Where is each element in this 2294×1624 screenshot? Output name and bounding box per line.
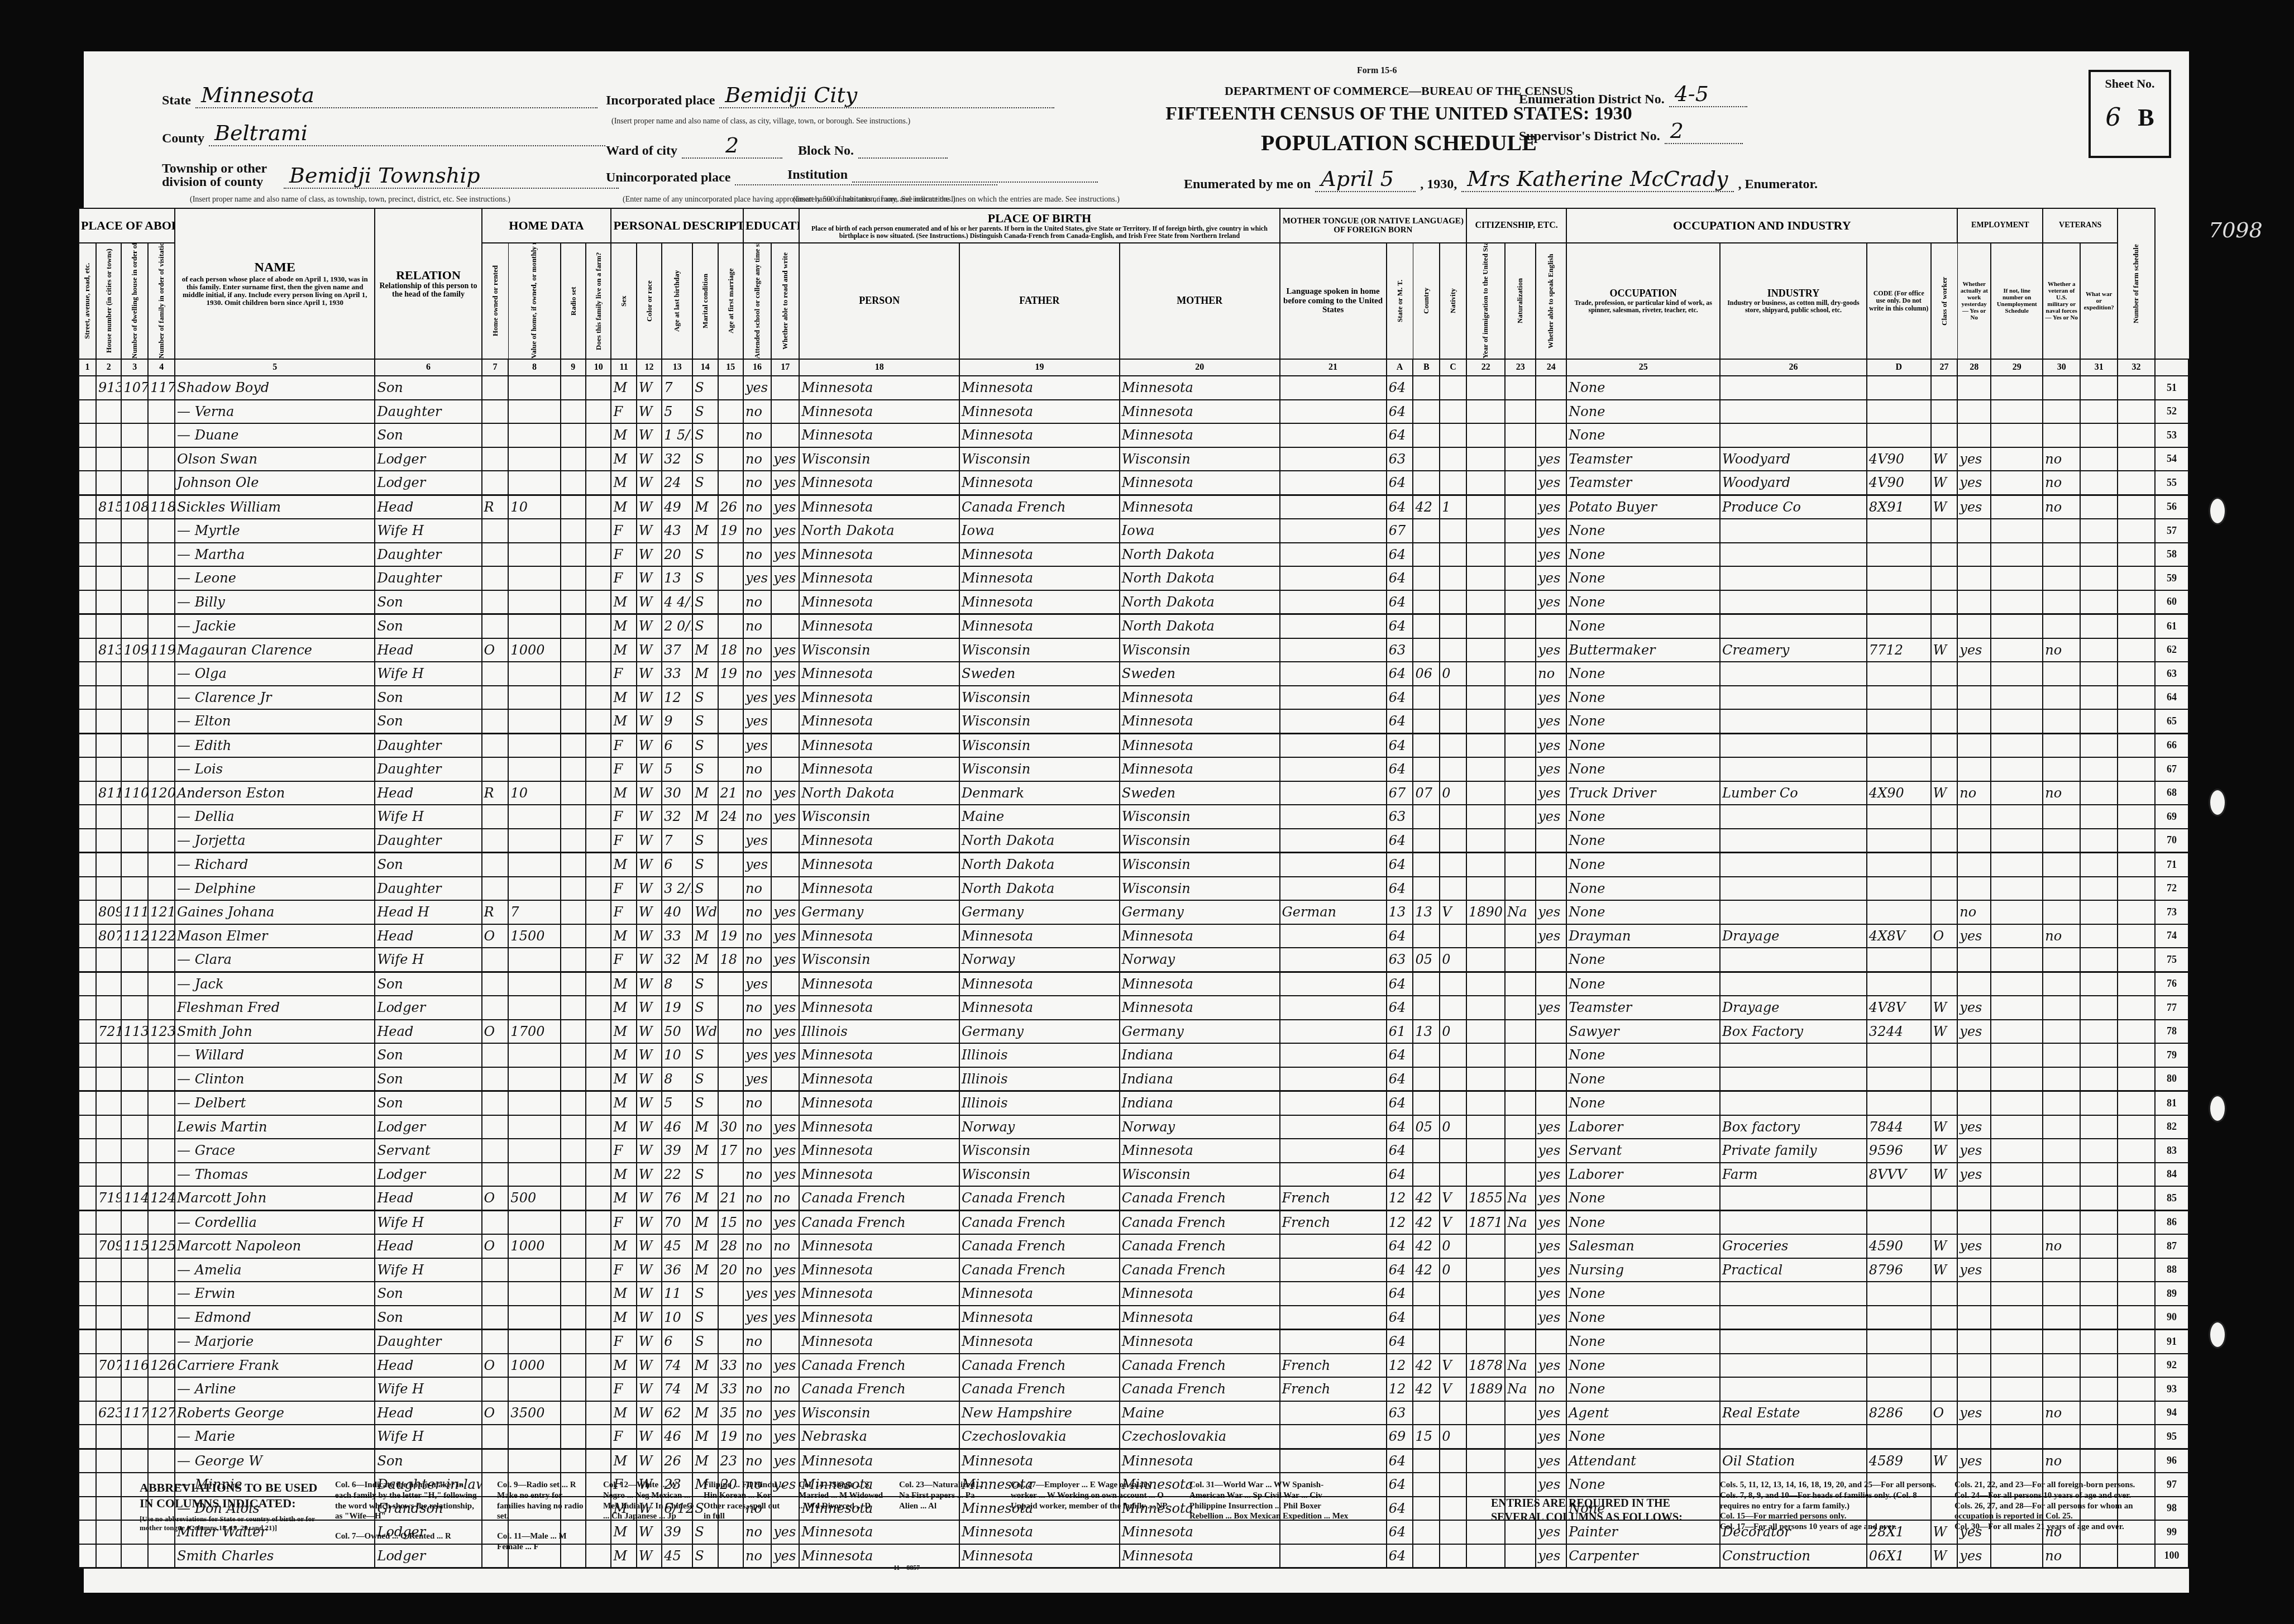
cell-ca: 12 bbox=[1387, 1186, 1413, 1210]
cell-occ: None bbox=[1566, 1330, 1720, 1354]
col-9-header: Radio set bbox=[561, 243, 586, 359]
line-number: 60 bbox=[2155, 590, 2188, 614]
cell-cb bbox=[1413, 924, 1440, 948]
cell-value bbox=[508, 519, 560, 543]
cell-name: — Delphine bbox=[175, 877, 375, 901]
cell-nat bbox=[1505, 1330, 1536, 1354]
cell-cb bbox=[1413, 423, 1440, 447]
cell-mar: M bbox=[692, 519, 718, 543]
cell-farmsch bbox=[2118, 471, 2155, 495]
required-title: ENTRIES ARE REQUIRED IN THE SEVERAL COLU… bbox=[1491, 1497, 1703, 1525]
cell-rel: Son bbox=[375, 1306, 481, 1330]
cell-street bbox=[79, 829, 96, 853]
line-number: 75 bbox=[2155, 948, 2188, 972]
cell-name: — Lois bbox=[175, 757, 375, 781]
cell-farm bbox=[586, 1186, 611, 1210]
cell-occ: None bbox=[1566, 1377, 1720, 1401]
cell-bpm: Sweden bbox=[1120, 781, 1280, 805]
cell-nat bbox=[1505, 805, 1536, 829]
cell-bp: Minnesota bbox=[799, 566, 959, 590]
cell-own bbox=[482, 471, 509, 495]
cell-imm bbox=[1466, 638, 1505, 662]
cell-ca: 64 bbox=[1387, 1282, 1413, 1306]
cell-cc bbox=[1440, 1449, 1466, 1473]
line-number: 64 bbox=[2155, 686, 2188, 710]
cell-imm bbox=[1466, 471, 1505, 495]
cell-farm bbox=[586, 829, 611, 853]
cell-cd: 8286 bbox=[1867, 1401, 1931, 1425]
cell-mar: M bbox=[692, 1258, 718, 1282]
cell-ind: Private family bbox=[1720, 1139, 1867, 1163]
cell-age: 6 bbox=[662, 1330, 692, 1354]
cell-rel: Head bbox=[375, 1401, 481, 1425]
cell-farm bbox=[586, 805, 611, 829]
cell-occ: None bbox=[1566, 900, 1720, 924]
cell-bpf: Canada French bbox=[959, 1210, 1120, 1234]
cell-work: yes bbox=[1957, 996, 1991, 1020]
cell-name: — Jorjetta bbox=[175, 829, 375, 853]
cell-age: 7 bbox=[662, 829, 692, 853]
cell-rel: Son bbox=[375, 972, 481, 996]
cell-radio bbox=[561, 1282, 586, 1306]
cell-name: Marcott John bbox=[175, 1186, 375, 1210]
cell-bpm: Sweden bbox=[1120, 662, 1280, 686]
cell-work: yes bbox=[1957, 1401, 1991, 1425]
cell-cc bbox=[1440, 1091, 1466, 1115]
cell-own bbox=[482, 590, 509, 614]
cell-age: 9 bbox=[662, 709, 692, 733]
cell-cc bbox=[1440, 400, 1466, 424]
cell-rel: Head bbox=[375, 1020, 481, 1044]
cell-war bbox=[2080, 566, 2118, 590]
enumerated-year: , 1930, bbox=[1420, 177, 1457, 192]
cell-imm bbox=[1466, 614, 1505, 638]
column-number: 11 bbox=[611, 359, 636, 376]
cell-sex: M bbox=[611, 1186, 636, 1210]
required-list-2: Cols. 21, 22, and 23—For all foreign-bor… bbox=[1954, 1480, 2167, 1532]
cell-war bbox=[2080, 972, 2118, 996]
cell-name: — Jackie bbox=[175, 614, 375, 638]
cell-bpm: Germany bbox=[1120, 1020, 1280, 1044]
cell-name: — Myrtle bbox=[175, 519, 375, 543]
cell-vet bbox=[2043, 1330, 2080, 1354]
cell-race: W bbox=[637, 423, 662, 447]
cell-vet bbox=[2043, 400, 2080, 424]
cell-work: yes bbox=[1957, 1163, 1991, 1187]
cell-cc bbox=[1440, 733, 1466, 757]
cell-ca: 63 bbox=[1387, 948, 1413, 972]
cell-read bbox=[771, 877, 799, 901]
cell-dwelling: 115 bbox=[121, 1234, 148, 1258]
cell-cb: 42 bbox=[1413, 1377, 1440, 1401]
cell-cls bbox=[1931, 662, 1958, 686]
cell-school: no bbox=[743, 638, 771, 662]
cell-cc bbox=[1440, 972, 1466, 996]
column-number: 1 bbox=[79, 359, 96, 376]
cell-unemp bbox=[1991, 1234, 2043, 1258]
cell-dwelling: 111 bbox=[121, 900, 148, 924]
col-15-header: Age at first marriage bbox=[718, 243, 743, 359]
col-relation-header: RELATIONRelationship of this person to t… bbox=[375, 208, 481, 359]
cell-unemp bbox=[1991, 495, 2043, 519]
cell-imm bbox=[1466, 733, 1505, 757]
cell-lang bbox=[1280, 1306, 1387, 1330]
cell-unemp bbox=[1991, 900, 2043, 924]
cell-vet bbox=[2043, 614, 2080, 638]
cell-mar: M bbox=[692, 638, 718, 662]
cell-age: 8 bbox=[662, 1067, 692, 1091]
cell-radio bbox=[561, 1401, 586, 1425]
cell-war bbox=[2080, 614, 2118, 638]
cell-street bbox=[79, 781, 96, 805]
line-number: 74 bbox=[2155, 924, 2188, 948]
column-number: A bbox=[1387, 359, 1413, 376]
col-3-header: Number of dwelling house in order of vis… bbox=[121, 243, 148, 359]
cell-sex: M bbox=[611, 447, 636, 471]
cell-occ: None bbox=[1566, 590, 1720, 614]
cell-agem: 28 bbox=[718, 1234, 743, 1258]
cell-ind: Creamery bbox=[1720, 638, 1867, 662]
cell-own: O bbox=[482, 1234, 509, 1258]
cell-nat bbox=[1505, 376, 1536, 400]
column-number: 32 bbox=[2118, 359, 2155, 376]
cell-bpm: Canada French bbox=[1120, 1186, 1280, 1210]
cell-house bbox=[96, 948, 121, 972]
cell-own bbox=[482, 1115, 509, 1139]
cell-war bbox=[2080, 590, 2118, 614]
cell-ind bbox=[1720, 709, 1867, 733]
cell-cls bbox=[1931, 757, 1958, 781]
cell-sex: M bbox=[611, 1401, 636, 1425]
table-row: — DelliaWife HFW32M24noyesWisconsinMaine… bbox=[79, 805, 2188, 829]
cell-ind: Box Factory bbox=[1720, 1020, 1867, 1044]
cell-value bbox=[508, 757, 560, 781]
cell-work bbox=[1957, 376, 1991, 400]
cell-farmsch bbox=[2118, 1091, 2155, 1115]
cell-ind bbox=[1720, 853, 1867, 877]
cell-vet bbox=[2043, 1091, 2080, 1115]
cell-unemp bbox=[1991, 376, 2043, 400]
cell-house bbox=[96, 709, 121, 733]
col-30-header: Whether a veteran of U.S. military or na… bbox=[2043, 243, 2080, 359]
cell-bp: Minnesota bbox=[799, 757, 959, 781]
cell-value bbox=[508, 1282, 560, 1306]
cell-lang bbox=[1280, 757, 1387, 781]
cell-cls bbox=[1931, 900, 1958, 924]
cell-imm bbox=[1466, 972, 1505, 996]
cell-war bbox=[2080, 996, 2118, 1020]
institution-value bbox=[852, 181, 1098, 183]
cell-bpm: Minnesota bbox=[1120, 471, 1280, 495]
cell-work: no bbox=[1957, 781, 1991, 805]
cell-cd bbox=[1867, 614, 1931, 638]
cell-sex: F bbox=[611, 877, 636, 901]
cell-name: Lewis Martin bbox=[175, 1115, 375, 1139]
unincorporated-label: Unincorporated place bbox=[606, 170, 730, 185]
cell-ca: 64 bbox=[1387, 423, 1413, 447]
cell-imm bbox=[1466, 519, 1505, 543]
cell-cb: 05 bbox=[1413, 948, 1440, 972]
cell-radio bbox=[561, 614, 586, 638]
cell-age: 2 0/12 bbox=[662, 614, 692, 638]
column-number: 13 bbox=[662, 359, 692, 376]
cell-ca: 64 bbox=[1387, 1043, 1413, 1067]
cell-race: W bbox=[637, 1401, 662, 1425]
cell-agem: 19 bbox=[718, 924, 743, 948]
cell-imm bbox=[1466, 1282, 1505, 1306]
cell-war bbox=[2080, 1067, 2118, 1091]
cell-cls bbox=[1931, 614, 1958, 638]
cell-value: 7 bbox=[508, 900, 560, 924]
cell-war bbox=[2080, 1377, 2118, 1401]
cell-eng: yes bbox=[1536, 566, 1566, 590]
cell-agem: 15 bbox=[718, 1210, 743, 1234]
cell-bpf: Canada French bbox=[959, 1354, 1120, 1378]
cell-value bbox=[508, 614, 560, 638]
cell-bp: Illinois bbox=[799, 1020, 959, 1044]
cell-age: 74 bbox=[662, 1377, 692, 1401]
cell-cd: 4589 bbox=[1867, 1449, 1931, 1473]
cell-cb: 42 bbox=[1413, 1210, 1440, 1234]
cell-race: W bbox=[637, 877, 662, 901]
cell-radio bbox=[561, 423, 586, 447]
cell-cls bbox=[1931, 519, 1958, 543]
cell-age: 76 bbox=[662, 1186, 692, 1210]
cell-house: 721 bbox=[96, 1020, 121, 1044]
cell-bp: Minnesota bbox=[799, 423, 959, 447]
cell-vet bbox=[2043, 662, 2080, 686]
cell-eng: yes bbox=[1536, 1186, 1566, 1210]
cell-dwelling bbox=[121, 1139, 148, 1163]
cell-ind bbox=[1720, 1091, 1867, 1115]
cell-agem bbox=[718, 829, 743, 853]
cell-family bbox=[148, 662, 175, 686]
cell-farm bbox=[586, 1330, 611, 1354]
cell-war bbox=[2080, 1234, 2118, 1258]
cell-mar: Wd bbox=[692, 900, 718, 924]
cell-eng: yes bbox=[1536, 1258, 1566, 1282]
line-number: 61 bbox=[2155, 614, 2188, 638]
cell-cc bbox=[1440, 1282, 1466, 1306]
cell-nat bbox=[1505, 924, 1536, 948]
cell-family bbox=[148, 972, 175, 996]
cell-age: 36 bbox=[662, 1258, 692, 1282]
cell-street bbox=[79, 709, 96, 733]
cell-cc: 0 bbox=[1440, 662, 1466, 686]
cell-sex: F bbox=[611, 1377, 636, 1401]
cell-own bbox=[482, 853, 509, 877]
cell-street bbox=[79, 1497, 96, 1521]
cell-cc bbox=[1440, 471, 1466, 495]
cell-farm bbox=[586, 1425, 611, 1449]
column-number: 4 bbox=[148, 359, 175, 376]
abbrev-col14: Col. 14—Single ... S Married ... M Widow… bbox=[799, 1480, 888, 1511]
cell-family bbox=[148, 1306, 175, 1330]
col-26-header: INDUSTRYIndustry or business, as cotton … bbox=[1720, 243, 1867, 359]
cell-ca: 64 bbox=[1387, 1258, 1413, 1282]
cell-school: no bbox=[743, 495, 771, 519]
cell-vet bbox=[2043, 1258, 2080, 1282]
cell-name: — Cordellia bbox=[175, 1210, 375, 1234]
cell-read: yes bbox=[771, 1043, 799, 1067]
cell-value bbox=[508, 471, 560, 495]
cell-bpf: Maine bbox=[959, 805, 1120, 829]
cell-street bbox=[79, 1449, 96, 1473]
cell-street bbox=[79, 1473, 96, 1497]
cell-sex: F bbox=[611, 1258, 636, 1282]
cell-unemp bbox=[1991, 662, 2043, 686]
cell-school: no bbox=[743, 1210, 771, 1234]
cell-own bbox=[482, 566, 509, 590]
line-number: 84 bbox=[2155, 1163, 2188, 1187]
cell-nat bbox=[1505, 638, 1536, 662]
abbrev-note: [Use no abbreviations for State or count… bbox=[140, 1515, 324, 1533]
cell-cc bbox=[1440, 566, 1466, 590]
cell-bp: Minnesota bbox=[799, 686, 959, 710]
cell-dwelling bbox=[121, 1067, 148, 1091]
cell-work bbox=[1957, 1354, 1991, 1378]
cell-occ: None bbox=[1566, 1091, 1720, 1115]
cell-value: 1700 bbox=[508, 1020, 560, 1044]
table-row: — LeoneDaughterFW13SyesyesMinnesotaMinne… bbox=[79, 566, 2188, 590]
cell-mar: M bbox=[692, 1425, 718, 1449]
cell-occ: None bbox=[1566, 1043, 1720, 1067]
col-19-header: FATHER bbox=[959, 243, 1120, 359]
cell-agem: 19 bbox=[718, 1425, 743, 1449]
cell-lang bbox=[1280, 972, 1387, 996]
state-label: State bbox=[162, 93, 191, 108]
cell-cd bbox=[1867, 757, 1931, 781]
cell-read bbox=[771, 376, 799, 400]
cell-vet: no bbox=[2043, 471, 2080, 495]
cell-own bbox=[482, 686, 509, 710]
cell-bp: Minnesota bbox=[799, 614, 959, 638]
cell-cd bbox=[1867, 1425, 1931, 1449]
cell-unemp bbox=[1991, 805, 2043, 829]
cell-cls: W bbox=[1931, 1258, 1958, 1282]
cell-street bbox=[79, 1306, 96, 1330]
sd-value: 2 bbox=[1665, 120, 1743, 144]
cell-rel: Wife H bbox=[375, 1425, 481, 1449]
cell-farm bbox=[586, 1401, 611, 1425]
cell-rel: Son bbox=[375, 590, 481, 614]
cell-nat bbox=[1505, 1425, 1536, 1449]
cell-mar: S bbox=[692, 853, 718, 877]
cell-read: yes bbox=[771, 638, 799, 662]
cell-street bbox=[79, 1282, 96, 1306]
cell-vet bbox=[2043, 590, 2080, 614]
cell-race: W bbox=[637, 733, 662, 757]
cell-agem: 30 bbox=[718, 1115, 743, 1139]
cell-bpm: North Dakota bbox=[1120, 566, 1280, 590]
cell-name: Anderson Eston bbox=[175, 781, 375, 805]
cell-bpf: Wisconsin bbox=[959, 1139, 1120, 1163]
table-row: — MarjorieDaughterFW6SnoMinnesotaMinneso… bbox=[79, 1330, 2188, 1354]
cell-bpf: Minnesota bbox=[959, 400, 1120, 424]
cell-bpf: Iowa bbox=[959, 519, 1120, 543]
cell-eng bbox=[1536, 1330, 1566, 1354]
block-label: Block No. bbox=[798, 144, 854, 159]
cell-sex: M bbox=[611, 423, 636, 447]
cell-farm bbox=[586, 1377, 611, 1401]
cell-age: 3 2/12 bbox=[662, 877, 692, 901]
cell-mar: S bbox=[692, 877, 718, 901]
cell-value bbox=[508, 1330, 560, 1354]
cell-age: 10 bbox=[662, 1043, 692, 1067]
cell-bpm: Minnesota bbox=[1120, 733, 1280, 757]
cell-war bbox=[2080, 1163, 2118, 1187]
cell-read: yes bbox=[771, 1282, 799, 1306]
cell-race: W bbox=[637, 1186, 662, 1210]
cell-read: yes bbox=[771, 1449, 799, 1473]
cell-name: Olson Swan bbox=[175, 447, 375, 471]
cell-unemp bbox=[1991, 877, 2043, 901]
cell-bpm: Indiana bbox=[1120, 1091, 1280, 1115]
cell-farmsch bbox=[2118, 1139, 2155, 1163]
cell-lang bbox=[1280, 471, 1387, 495]
cell-work bbox=[1957, 1425, 1991, 1449]
col-b-header: Country bbox=[1413, 243, 1440, 359]
cell-nat bbox=[1505, 1163, 1536, 1187]
cell-own bbox=[482, 829, 509, 853]
cell-bpf: Minnesota bbox=[959, 614, 1120, 638]
cell-nat bbox=[1505, 996, 1536, 1020]
cell-cls bbox=[1931, 805, 1958, 829]
cell-agem bbox=[718, 1091, 743, 1115]
cell-sex: F bbox=[611, 757, 636, 781]
cell-house bbox=[96, 1544, 121, 1568]
cell-imm bbox=[1466, 543, 1505, 567]
cell-unemp bbox=[1991, 829, 2043, 853]
cell-read: yes bbox=[771, 1139, 799, 1163]
cell-mar: S bbox=[692, 709, 718, 733]
cell-imm bbox=[1466, 1425, 1505, 1449]
cell-eng: yes bbox=[1536, 1401, 1566, 1425]
relation-header-title: RELATION bbox=[377, 269, 479, 282]
line-number: 90 bbox=[2155, 1306, 2188, 1330]
cell-nat bbox=[1505, 1067, 1536, 1091]
line-number: 91 bbox=[2155, 1330, 2188, 1354]
cell-agem bbox=[718, 400, 743, 424]
cell-street bbox=[79, 1043, 96, 1067]
cell-school: no bbox=[743, 519, 771, 543]
cell-radio bbox=[561, 733, 586, 757]
cell-read bbox=[771, 423, 799, 447]
table-row: — JorjettaDaughterFW7SyesMinnesotaNorth … bbox=[79, 829, 2188, 853]
cell-eng: yes bbox=[1536, 519, 1566, 543]
cell-age: 33 bbox=[662, 924, 692, 948]
cell-imm: 1855 bbox=[1466, 1186, 1505, 1210]
cell-dwelling bbox=[121, 877, 148, 901]
cell-school: yes bbox=[743, 686, 771, 710]
cell-house bbox=[96, 519, 121, 543]
cell-cb bbox=[1413, 686, 1440, 710]
cell-dwelling bbox=[121, 1043, 148, 1067]
cell-nat: Na bbox=[1505, 1210, 1536, 1234]
cell-read bbox=[771, 709, 799, 733]
cell-house bbox=[96, 1139, 121, 1163]
cell-agem bbox=[718, 733, 743, 757]
cell-rel: Son bbox=[375, 376, 481, 400]
cell-work bbox=[1957, 877, 1991, 901]
cell-race: W bbox=[637, 1377, 662, 1401]
cell-agem bbox=[718, 376, 743, 400]
cell-imm bbox=[1466, 376, 1505, 400]
cell-own bbox=[482, 733, 509, 757]
cell-age: 49 bbox=[662, 495, 692, 519]
cell-lang bbox=[1280, 1043, 1387, 1067]
cell-street bbox=[79, 1544, 96, 1568]
